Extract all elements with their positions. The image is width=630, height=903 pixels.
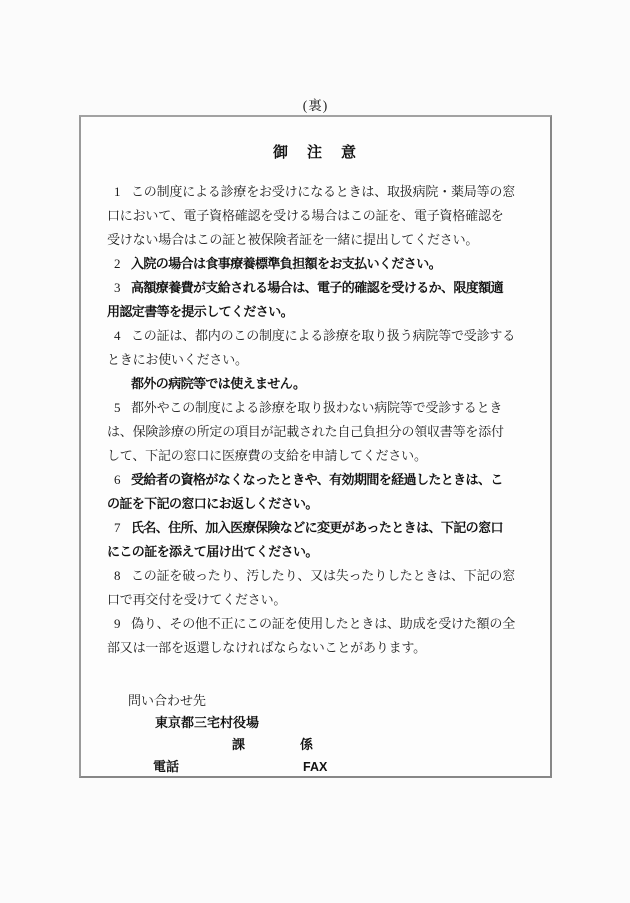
notice-item-9: 9 偽り、その他不正にこの証を使用したときは、助成を受けた額の全 部又は一部を返… xyxy=(81,612,550,660)
item-number: 7 xyxy=(114,516,121,540)
item-number: 1 xyxy=(114,180,121,204)
office-name: 東京都三宅村役場 xyxy=(155,712,259,734)
department-label: 課 xyxy=(232,734,245,756)
phone-label: 電話 xyxy=(153,756,179,778)
notice-box: 御 注 意 1 この制度による診療をお受けになるときは、取扱病院・薬局等の窓 口… xyxy=(79,115,552,778)
item-text: この制度による診療をお受けになるときは、取扱病院・薬局等の窓 口において、電子資… xyxy=(107,180,550,252)
contact-heading: 問い合わせ先 xyxy=(128,690,206,712)
item-text: 入院の場合は食事療養標準負担額をお支払いください。 xyxy=(107,252,550,276)
page-side-label: (裏) xyxy=(79,94,552,114)
item-number: 9 xyxy=(114,612,121,636)
item-text: 氏名、住所、加入医療保険などに変更があったときは、下記の窓口 にこの証を添えて届… xyxy=(107,516,550,564)
item-text: この証は、都内のこの制度による診療を取り扱う病院等で受診する ときにお使いくださ… xyxy=(107,324,550,372)
notice-item-5: 5 都外やこの制度による診療を取り扱わない病院等で受診するとき は、保険診療の所… xyxy=(81,396,550,468)
notice-item-4-note: 都外の病院等では使えません。 xyxy=(81,372,550,396)
notice-item-6: 6 受給者の資格がなくなったときや、有効期間を経過したときは、こ の証を下記の窓… xyxy=(81,468,550,516)
notice-item-8: 8 この証を破ったり、汚したり、又は失ったりしたときは、下記の窓 口で再交付を受… xyxy=(81,564,550,612)
section-label: 係 xyxy=(300,734,313,756)
fax-label: FAX xyxy=(303,756,327,778)
item-number: 5 xyxy=(114,396,121,420)
item-text: 受給者の資格がなくなったときや、有効期間を経過したときは、こ の証を下記の窓口に… xyxy=(107,468,550,516)
notice-item-7: 7 氏名、住所、加入医療保険などに変更があったときは、下記の窓口 にこの証を添え… xyxy=(81,516,550,564)
document-page: (裏) 御 注 意 1 この制度による診療をお受けになるときは、取扱病院・薬局等… xyxy=(0,0,630,903)
item-number: 6 xyxy=(114,468,121,492)
item-number: 2 xyxy=(114,252,121,276)
item-text: 高額療養費が支給される場合は、電子的確認を受けるか、限度額適 用認定書等を提示し… xyxy=(107,276,550,324)
notice-list: 1 この制度による診療をお受けになるときは、取扱病院・薬局等の窓 口において、電… xyxy=(81,180,550,660)
notice-item-2: 2 入院の場合は食事療養標準負担額をお支払いください。 xyxy=(81,252,550,276)
item-number: 4 xyxy=(114,324,121,348)
contact-section: 問い合わせ先 東京都三宅村役場 課 係 電話 FAX xyxy=(81,690,550,778)
item-number: 3 xyxy=(114,276,121,300)
item-text: この証を破ったり、汚したり、又は失ったりしたときは、下記の窓 口で再交付を受けて… xyxy=(107,564,550,612)
notice-title: 御 注 意 xyxy=(81,143,550,163)
contact-office-line: 東京都三宅村役場 xyxy=(81,712,550,734)
contact-department-line: 課 係 xyxy=(81,734,550,756)
notice-item-3: 3 高額療養費が支給される場合は、電子的確認を受けるか、限度額適 用認定書等を提… xyxy=(81,276,550,324)
item-text: 都外やこの制度による診療を取り扱わない病院等で受診するとき は、保険診療の所定の… xyxy=(107,396,550,468)
notice-item-4: 4 この証は、都内のこの制度による診療を取り扱う病院等で受診する ときにお使いく… xyxy=(81,324,550,372)
contact-heading-line: 問い合わせ先 xyxy=(81,690,550,712)
contact-phone-line: 電話 FAX xyxy=(81,756,550,778)
notice-item-1: 1 この制度による診療をお受けになるときは、取扱病院・薬局等の窓 口において、電… xyxy=(81,180,550,252)
item-number: 8 xyxy=(114,564,121,588)
item-text: 偽り、その他不正にこの証を使用したときは、助成を受けた額の全 部又は一部を返還し… xyxy=(107,612,550,660)
